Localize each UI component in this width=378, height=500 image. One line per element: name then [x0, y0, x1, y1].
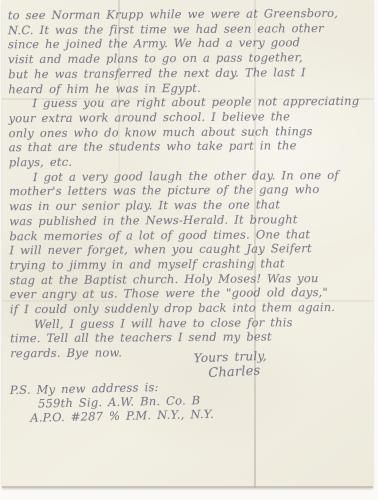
letter-line: I guess you are right about people not a… [8, 94, 368, 111]
letter-line: mother's letters was the picture of the … [9, 182, 369, 199]
scanned-letter-page: to see Norman Krupp while we were at Gre… [0, 0, 378, 500]
letter-line: if I could only suddenly drop back into … [10, 300, 370, 317]
postscript: P.S. My new address is: 559th Sig. A.W. … [10, 379, 215, 425]
postscript-line: A.P.O. #287 % P.M. N.Y., N.Y. [10, 407, 214, 425]
letter-line: N.C. It was the first time we had seen e… [8, 20, 368, 37]
letter-closing: Yours truly, Charles [193, 349, 267, 383]
paper-bottom-edge [2, 486, 373, 488]
letter-body: to see Norman Krupp while we were at Gre… [8, 6, 370, 361]
letter-paper: to see Norman Krupp while we were at Gre… [2, 0, 373, 488]
letter-line: regards. Bye now. [10, 344, 370, 361]
